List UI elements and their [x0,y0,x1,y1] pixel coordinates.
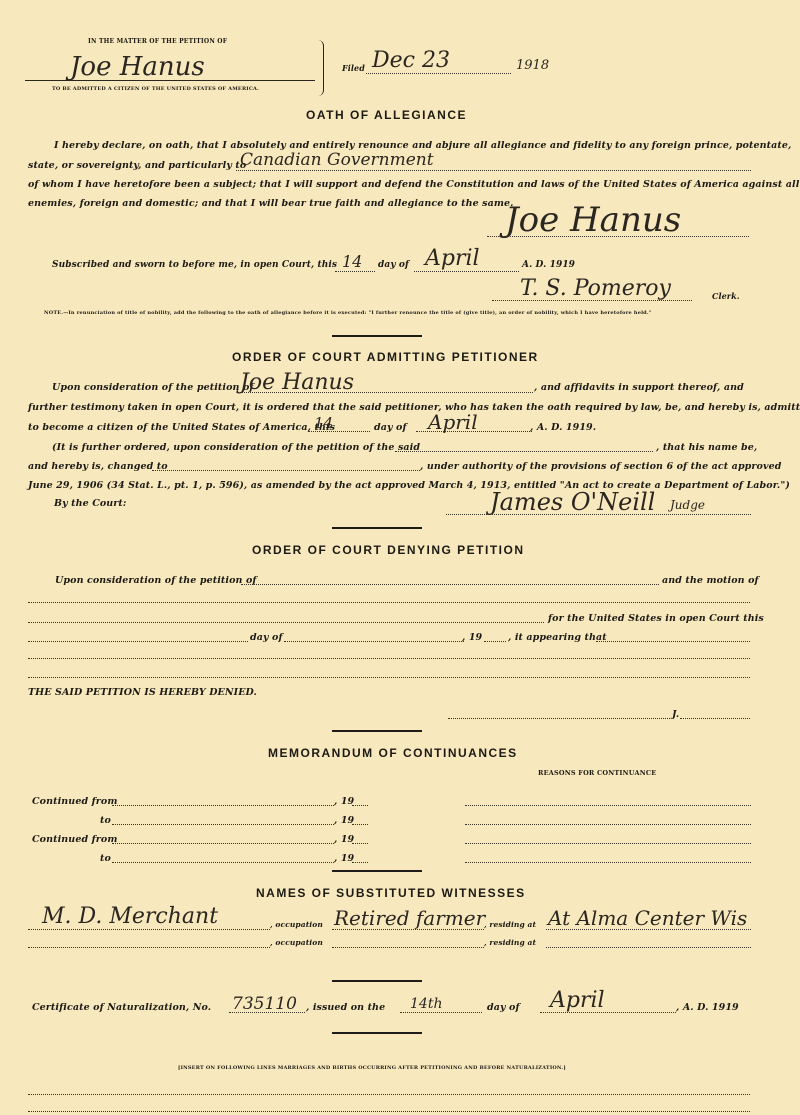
admit-title: ORDER OF COURT ADMITTING PETITIONER [232,350,539,364]
bracket [318,40,324,96]
divider [332,335,422,337]
certificate-year: , A. D. 1919 [676,1002,739,1013]
divider [332,730,422,732]
judge-label: Judge [670,498,705,512]
judge-signature: James O'Neill [490,488,655,516]
memo-title: MEMORANDUM OF CONTINUANCES [268,746,518,760]
admit-line1-suffix: , and affidavits in support thereof, and [534,382,744,393]
sworn-month: April [425,246,480,271]
denied-statement: THE SAID PETITION IS HEREBY DENIED. [28,687,257,698]
divider [332,1032,422,1034]
admit-day-of: day of [374,422,407,433]
certificate-number: 735110 [232,994,297,1014]
nobility-note: NOTE.—In renunciation of title of nobili… [44,310,652,316]
witness-name: M. D. Merchant [42,904,218,929]
sworn-year: A. D. 1919 [522,260,575,270]
oath-title: OATH OF ALLEGIANCE [306,108,467,122]
certificate-month: April [550,988,605,1013]
admit-line5: and hereby is, changed to [28,461,168,472]
deny-judge-label: J. [672,709,679,720]
sovereign-value: Canadian Government [240,150,434,170]
certificate-day-of: day of [487,1002,520,1013]
residing-label: , residing at [484,938,536,947]
admit-year: , A. D. 1919. [530,422,596,433]
witness-residence: At Alma Center Wis [548,906,747,930]
deny-year: , 19 [462,632,482,643]
certificate-label: Certificate of Naturalization, No. [32,1002,211,1013]
occupation-label: , occupation [270,920,323,929]
admit-line2: further testimony taken in open Court, i… [28,402,800,413]
oath-line3: of whom I have heretofore been a subject… [28,179,799,190]
filed-label: Filed [342,63,365,73]
certificate-day: 14th [410,996,442,1012]
deny-line3-suffix: for the United States in open Court this [548,613,764,624]
deny-appearing: , it appearing that [508,632,607,643]
admit-line3: to become a citizen of the United States… [28,422,335,433]
reasons-label: REASONS FOR CONTINUANCE [538,769,656,777]
admit-line6: June 29, 1906 (34 Stat. L., pt. 1, p. 59… [28,480,790,491]
divider [332,980,422,982]
memo-row-label: to [100,815,111,826]
sworn-day: 14 [342,252,362,271]
deny-title: ORDER OF COURT DENYING PETITION [252,543,525,557]
admit-line5-suffix: , under authority of the provisions of s… [420,461,781,472]
divider [332,527,422,529]
issued-label: , issued on the [306,1002,385,1013]
residing-label: , residing at [484,920,536,929]
sworn-day-of: day of [378,260,409,270]
matter-label: IN THE MATTER OF THE PETITION OF [88,38,227,45]
witness-occupation: Retired farmer [334,906,485,930]
deny-line1-suffix: and the motion of [662,575,759,586]
admit-line4-suffix: , that his name be, [656,442,757,453]
memo-row-label: to [100,853,111,864]
filed-year: 1918 [516,58,549,73]
admit-line1: Upon consideration of the petition of [52,382,254,393]
sworn-text: Subscribed and sworn to before me, in op… [52,260,337,270]
admit-day: 14 [314,414,333,432]
petitioner-name: Joe Hanus [70,52,205,82]
clerk-label: Clerk. [712,291,740,301]
deny-line1: Upon consideration of the petition of [55,575,257,586]
occupation-label: , occupation [270,938,323,947]
memo-row-label: Continued from [32,834,118,845]
witnesses-title: NAMES OF SUBSTITUTED WITNESSES [256,886,526,900]
by-court-label: By the Court: [54,498,127,509]
filed-date: Dec 23 [372,48,450,73]
admit-line4: (It is further ordered, upon considerati… [52,442,420,453]
clerk-signature: T. S. Pomeroy [520,276,671,301]
oath-line4: enemies, foreign and domestic; and that … [28,198,514,209]
memo-row-label: Continued from [32,796,118,807]
divider [332,870,422,872]
footer-instruction: [INSERT ON FOLLOWING LINES MARRIAGES AND… [178,1065,566,1071]
admit-label: TO BE ADMITTED A CITIZEN OF THE UNITED S… [52,86,259,92]
oath-line2: state, or sovereignty, and particularly … [28,160,246,171]
petitioner-signature: Joe Hanus [505,200,681,240]
deny-day-of: day of [250,632,283,643]
